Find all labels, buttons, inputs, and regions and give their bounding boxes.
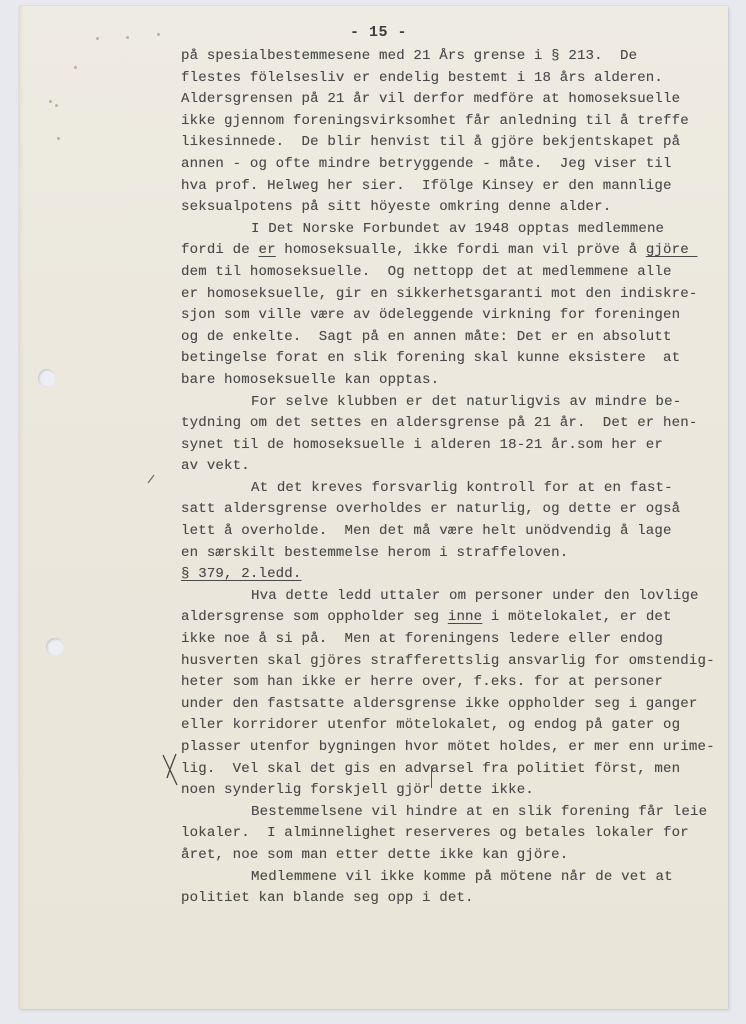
underlined-word: er	[258, 242, 275, 258]
text-line: aldersgrense som oppholder seg inne i mö…	[181, 607, 736, 629]
document-body: på spesialbestemmesene med 21 Års grense…	[181, 46, 736, 910]
text-segment: i mötelokalet, er det	[482, 609, 671, 625]
text-line: dem til homoseksuelle. Og nettopp det at…	[181, 262, 736, 284]
section-heading-text: § 379, 2.ledd.	[181, 566, 302, 582]
text-line: året, noe som man etter dette ikke kan g…	[181, 845, 736, 867]
handwritten-x-mark-icon	[160, 752, 180, 788]
text-line: lokaler. I alminnelighet reserveres og b…	[181, 823, 736, 845]
text-line: Medlemmene vil ikke komme på mötene når …	[181, 867, 736, 889]
paper-speck	[57, 137, 60, 140]
text-line: tydning om det settes en aldersgrense på…	[181, 413, 736, 435]
text-line: betingelse forat en slik forening skal k…	[181, 348, 736, 370]
text-line: Aldersgrensen på 21 år vil derfor medför…	[181, 89, 736, 111]
text-segment: fordi de	[181, 242, 258, 258]
text-line: under den fastsatte aldersgrense ikke op…	[181, 694, 736, 716]
paper-speck	[126, 36, 129, 39]
paper-speck	[96, 37, 99, 40]
text-line: på spesialbestemmesene med 21 Års grense…	[181, 46, 736, 68]
text-line: noen synderlig forskjell gjör dette ikke…	[181, 780, 736, 802]
text-line: synet til de homoseksuelle i alderen 18-…	[181, 435, 736, 457]
underlined-word: gjöre	[646, 242, 698, 258]
text-line: heter som han ikke er herre over, f.eks.…	[181, 672, 736, 694]
text-line: satt aldersgrense overholdes er naturlig…	[181, 499, 736, 521]
text-segment: homoseksualle, ikke fordi man vil pröve …	[276, 242, 646, 258]
paper-speck	[55, 104, 58, 107]
text-line: Hva dette ledd uttaler om personer under…	[181, 586, 736, 608]
text-line: likesinnede. De blir henvist til å gjöre…	[181, 132, 736, 154]
text-line: av vekt.	[181, 456, 736, 478]
text-line: politiet kan blande seg opp i det.	[181, 888, 736, 910]
text-line: sjon som ville være av ödeleggende virkn…	[181, 305, 736, 327]
text-segment: aldersgrense som oppholder seg	[181, 609, 448, 625]
text-line: annen - og ofte mindre betryggende - måt…	[181, 154, 736, 176]
text-line: At det kreves forsvarlig kontroll for at…	[181, 478, 736, 500]
punch-hole-top	[38, 369, 56, 387]
text-line: lett å overholde. Men det må være helt u…	[181, 521, 736, 543]
pencil-tick-mark	[147, 474, 155, 484]
text-line: ikke gjennom foreningsvirksomhet får anl…	[181, 111, 736, 133]
text-line: lig. Vel skal det gis en advarsel fra po…	[181, 759, 736, 781]
text-line: er homoseksuelle, gir en sikkerhetsgaran…	[181, 284, 736, 306]
text-line: For selve klubben er det naturligvis av …	[181, 392, 736, 414]
text-line: eller korridorer utenfor mötelokalet, og…	[181, 715, 736, 737]
text-line: fordi de er homoseksualle, ikke fordi ma…	[181, 240, 736, 262]
text-line: seksualpotens på sitt höyeste omkring de…	[181, 197, 736, 219]
text-line: husverten skal gjöres strafferettslig an…	[181, 651, 736, 673]
handwritten-insert-mark	[431, 766, 432, 788]
text-line: I Det Norske Forbundet av 1948 opptas me…	[181, 219, 736, 241]
page-number: - 15 -	[350, 24, 407, 41]
underlined-word: inne	[448, 609, 482, 625]
text-line: bare homoseksuelle kan opptas.	[181, 370, 736, 392]
text-line: flestes fölelsesliv er endelig bestemt i…	[181, 68, 736, 90]
paper-speck	[157, 33, 160, 36]
text-line: og de enkelte. Sagt på en annen måte: De…	[181, 327, 736, 349]
text-line: Bestemmelsene vil hindre at en slik fore…	[181, 802, 736, 824]
text-line: en særskilt bestemmelse herom i straffel…	[181, 543, 736, 565]
paper-speck	[74, 66, 77, 69]
text-line: ikke noe å si på. Men at foreningens led…	[181, 629, 736, 651]
text-line: plasser utenfor bygningen hvor mötet hol…	[181, 737, 736, 759]
section-heading: § 379, 2.ledd.	[181, 564, 736, 586]
text-line: hva prof. Helweg her sier. Ifölge Kinsey…	[181, 176, 736, 198]
punch-hole-bottom	[46, 638, 64, 656]
paper-speck	[49, 100, 52, 103]
